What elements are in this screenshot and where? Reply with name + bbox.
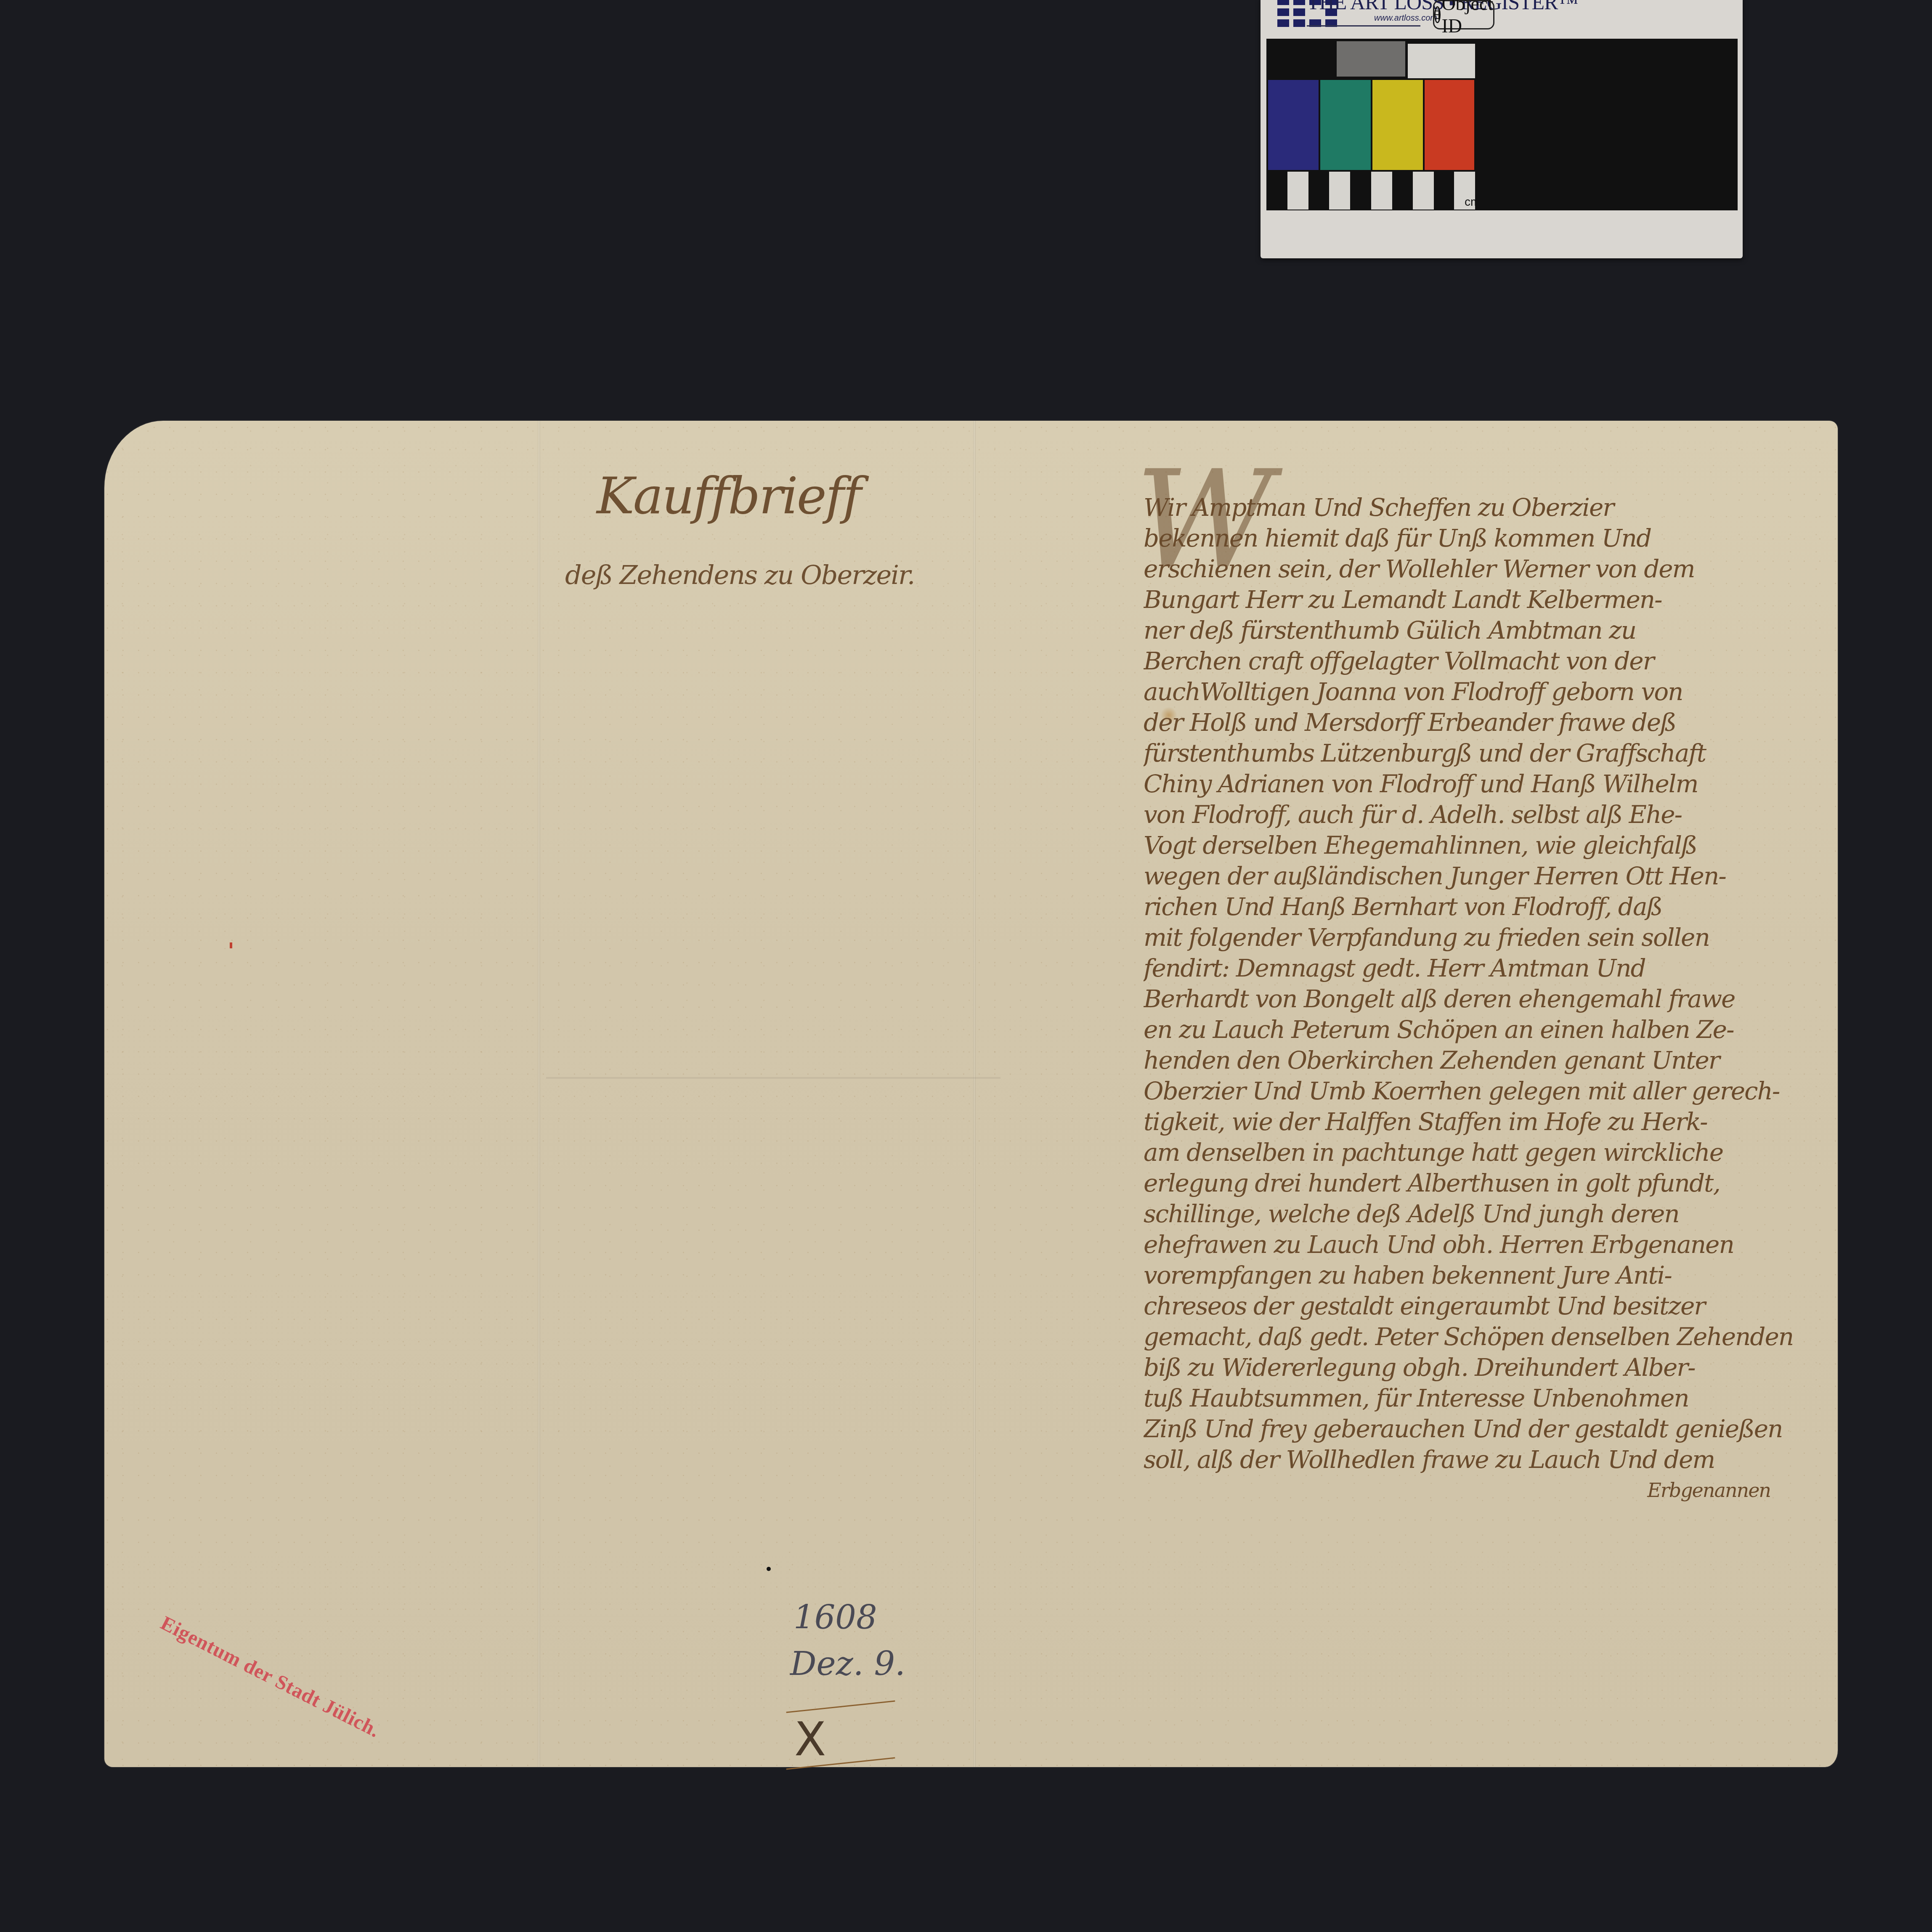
white-swatch <box>1407 43 1476 82</box>
card-divider <box>1307 25 1420 27</box>
fold-line <box>538 421 540 1767</box>
cm-tick <box>1413 172 1434 210</box>
object-id-badge: Object ID <box>1433 0 1494 29</box>
text-line: chreseos der gestaldt eingeraumbt Und be… <box>1144 1291 1796 1322</box>
archival-date-day: Dez. 9. <box>790 1645 905 1683</box>
cm-unit-label: cm <box>1465 195 1480 209</box>
text-line: von Flodroff, auch für d. Adelh. selbst … <box>1144 799 1796 830</box>
text-line: gemacht, daß gedt. Peter Schöpen denselb… <box>1144 1322 1796 1352</box>
color-calibration-card: THE ART LOSS ▪ REGISTER™ www.artloss.com… <box>1261 0 1743 258</box>
blue-swatch <box>1268 80 1319 170</box>
green-swatch <box>1320 80 1371 170</box>
manuscript-body: Wir Amptman Und Scheffen zu Oberzier bek… <box>1144 492 1796 1506</box>
text-line: erschienen sein, der Wollehler Werner vo… <box>1144 554 1796 584</box>
object-id-label: Object ID <box>1441 0 1493 37</box>
ownership-stamp: Eigentum der Stadt Jülich. <box>157 1611 384 1742</box>
text-line: Wir Amptman Und Scheffen zu Oberzier <box>1144 492 1796 523</box>
text-line: tigkeit, wie der Halffen Staffen im Hofe… <box>1144 1107 1796 1137</box>
fold-line <box>546 1077 1000 1079</box>
text-line: Vogt derselben Ehegemahlinnen, wie gleic… <box>1144 830 1796 861</box>
globe-icon <box>1434 6 1441 23</box>
gray-swatch <box>1337 41 1405 77</box>
yellow-swatch <box>1372 80 1423 170</box>
document-title: Kauffbrieff <box>597 467 860 525</box>
text-line: tuß Haubtsummen, für Interesse Unbenohme… <box>1144 1383 1796 1414</box>
text-line: schillinge, welche deß Adelß Und jungh d… <box>1144 1199 1796 1229</box>
text-line: erlegung drei hundert Alberthusen in gol… <box>1144 1168 1796 1199</box>
ink-dot <box>767 1567 771 1571</box>
text-line: fürstenthumbs Lützenburgß und der Graffs… <box>1144 738 1796 769</box>
manuscript-sheet: Kauffbrieff deß Zehendens zu Oberzeir. W… <box>104 421 1838 1767</box>
cm-tick <box>1329 172 1350 210</box>
document-subtitle: deß Zehendens zu Oberzeir. <box>565 560 915 590</box>
cm-tick <box>1371 172 1392 210</box>
text-line: Oberzier Und Umb Koerrhen gelegen mit al… <box>1144 1076 1796 1107</box>
text-line: Berhardt von Bongelt alß deren ehengemah… <box>1144 984 1796 1014</box>
text-line: mit folgender Verpfandung zu frieden sei… <box>1144 922 1796 953</box>
cm-tick <box>1287 172 1308 210</box>
text-line: Chiny Adrianen von Flodroff und Hanß Wil… <box>1144 769 1796 799</box>
text-line: ner deß fürstenthumb Gülich Ambtman zu <box>1144 615 1796 646</box>
text-line: Berchen craft offgelagter Vollmacht von … <box>1144 646 1796 677</box>
text-line: wegen der außländischen Junger Herren Ot… <box>1144 861 1796 892</box>
shelfmark: X <box>794 1712 826 1766</box>
text-line: fendirt: Demnagst gedt. Herr Amtman Und <box>1144 953 1796 984</box>
text-line: vorempfangen zu haben bekennent Jure Ant… <box>1144 1260 1796 1291</box>
archival-date-year: 1608 <box>793 1599 877 1637</box>
text-line: ehefrawen zu Lauch Und obh. Herren Erbge… <box>1144 1229 1796 1260</box>
text-line: bekennen hiemit daß für Unß kommen Und <box>1144 523 1796 554</box>
text-line: am denselben in pachtunge hatt gegen wir… <box>1144 1137 1796 1168</box>
red-mark <box>230 942 232 948</box>
text-line: en zu Lauch Peterum Schöpen an einen hal… <box>1144 1014 1796 1045</box>
text-line: soll, alß der Wollhedlen frawe zu Lauch … <box>1144 1444 1796 1475</box>
text-line: biß zu Widererlegung obgh. Dreihundert A… <box>1144 1352 1796 1383</box>
fold-line <box>973 421 976 1767</box>
text-line: der Holß und Mersdorff Erbeander frawe d… <box>1144 707 1796 738</box>
text-line: henden den Oberkirchen Zehenden genant U… <box>1144 1045 1796 1076</box>
shelfmark-stroke <box>786 1700 895 1713</box>
card-url: www.artloss.com <box>1374 13 1437 23</box>
catchword: Erbgenannen <box>1144 1475 1796 1506</box>
text-line: richen Und Hanß Bernhart von Flodroff, d… <box>1144 892 1796 922</box>
text-line: Bungart Herr zu Lemandt Landt Kelbermen- <box>1144 584 1796 615</box>
red-swatch <box>1425 80 1474 170</box>
text-line: Zinß Und frey geberauchen Und der gestal… <box>1144 1414 1796 1444</box>
text-line: auchWolltigen Joanna von Flodroff geborn… <box>1144 677 1796 707</box>
